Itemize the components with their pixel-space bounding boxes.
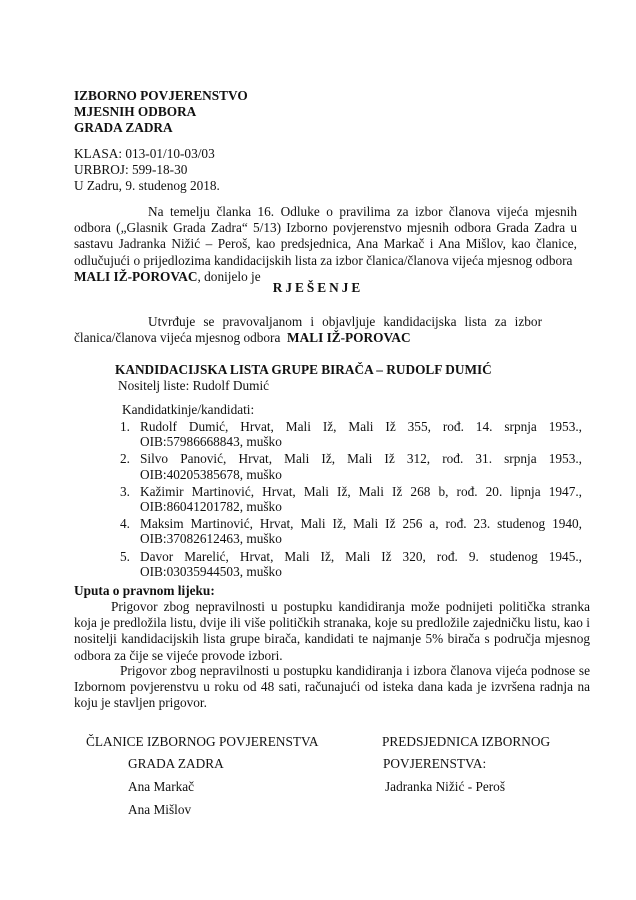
candidate-line: Kažimir Martinović, Hrvat, Mali Iž, Mali…: [140, 484, 582, 499]
president-title: PREDSJEDNICA IZBORNOG: [382, 734, 550, 750]
president-name: Jadranka Nižić - Peroš: [385, 779, 505, 795]
list-holder: Nositelj liste: Rudolf Dumić: [118, 378, 269, 394]
member-name: Ana Markač: [128, 779, 194, 795]
candidate-oib: OIB:37082612463, muško: [140, 531, 582, 546]
candidate-line: Davor Marelić, Hrvat, Mali Iž, Mali Iž 3…: [140, 549, 582, 564]
list-item: 3. Kažimir Martinović, Hrvat, Mali Iž, M…: [120, 484, 582, 514]
issuer-line: GRADA ZADRA: [74, 120, 248, 136]
candidate-number: 5.: [120, 549, 140, 579]
candidate-line: Silvo Panović, Hrvat, Mali Iž, Mali Iž 3…: [140, 451, 582, 466]
decision-district: MALI IŽ-POROVAC: [287, 330, 411, 345]
list-item: 1. Rudolf Dumić, Hrvat, Mali Iž, Mali Iž…: [120, 419, 582, 449]
candidate-oib: OIB:86041201782, muško: [140, 499, 582, 514]
legal-remedy-title: Uputa o pravnom lijeku:: [74, 583, 215, 599]
candidate-number: 1.: [120, 419, 140, 449]
issuer-line: MJESNIH ODBORA: [74, 104, 248, 120]
list-item: 4. Maksim Martinović, Hrvat, Mali Iž, Ma…: [120, 516, 582, 546]
place-date: U Zadru, 9. studenog 2018.: [74, 178, 220, 194]
urbroj: URBROJ: 599-18-30: [74, 162, 220, 178]
candidate-oib: OIB:40205385678, muško: [140, 467, 582, 482]
candidate-number: 3.: [120, 484, 140, 514]
president-title-2: POVJERENSTVA:: [383, 756, 486, 772]
reference-block: KLASA: 013-01/10-03/03 URBROJ: 599-18-30…: [74, 146, 220, 194]
list-item: 5. Davor Marelić, Hrvat, Mali Iž, Mali I…: [120, 549, 582, 579]
intro-paragraph: Na temelju članka 16. Odluke o pravilima…: [74, 204, 577, 285]
list-item: 2. Silvo Panović, Hrvat, Mali Iž, Mali I…: [120, 451, 582, 481]
issuer-line: IZBORNO POVJERENSTVO: [74, 88, 248, 104]
intro-text: Na temelju članka 16. Odluke o pravilima…: [74, 204, 577, 268]
decision-paragraph: Utvrđuje se pravovaljanom i objavljuje k…: [74, 314, 542, 346]
decision-title: RJEŠENJE: [0, 280, 636, 296]
candidates-label: Kandidatkinje/kandidati:: [122, 402, 254, 418]
member-name: Ana Mišlov: [128, 802, 191, 818]
legal-remedy-para2: Prigovor zbog nepravilnosti u postupku k…: [74, 663, 590, 712]
candidate-number: 4.: [120, 516, 140, 546]
members-title-city: GRADA ZADRA: [128, 756, 224, 772]
candidate-oib: OIB:57986668843, muško: [140, 434, 582, 449]
klasa: KLASA: 013-01/10-03/03: [74, 146, 220, 162]
candidate-line: Maksim Martinović, Hrvat, Mali Iž, Mali …: [140, 516, 582, 531]
legal-remedy-para1: Prigovor zbog nepravilnosti u postupku k…: [74, 599, 590, 664]
candidate-line: Rudolf Dumić, Hrvat, Mali Iž, Mali Iž 35…: [140, 419, 582, 434]
members-title: ČLANICE IZBORNOG POVJERENSTVA: [86, 734, 318, 750]
candidate-oib: OIB:03035944503, muško: [140, 564, 582, 579]
list-title: KANDIDACIJSKA LISTA GRUPE BIRAČA – RUDOL…: [115, 362, 492, 378]
candidate-list: 1. Rudolf Dumić, Hrvat, Mali Iž, Mali Iž…: [120, 419, 582, 581]
candidate-number: 2.: [120, 451, 140, 481]
issuer-header: IZBORNO POVJERENSTVO MJESNIH ODBORA GRAD…: [74, 88, 248, 136]
